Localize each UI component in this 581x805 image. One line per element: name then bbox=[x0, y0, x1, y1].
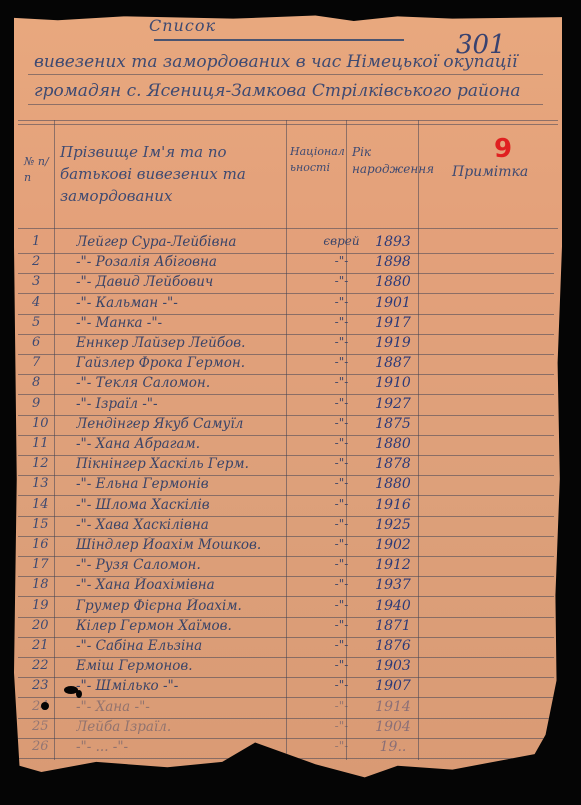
row-birth-year: 1880 bbox=[362, 476, 424, 492]
row-number: 8 bbox=[32, 375, 58, 390]
header-name: Прізвище Ім'я та по батькові вивезених т… bbox=[60, 142, 282, 207]
heading-line-1: вивезених та замордованих в час Німецько… bbox=[34, 52, 518, 72]
row-birth-year: 1880 bbox=[362, 436, 424, 452]
table-row: 26-"- ... -"--"-19.. bbox=[14, 739, 562, 763]
row-nationality: -"- bbox=[314, 416, 369, 430]
row-birth-year: 1910 bbox=[362, 375, 424, 391]
row-number: 15 bbox=[32, 517, 58, 532]
row-number: 18 bbox=[32, 577, 58, 592]
header-year: Рік народження bbox=[352, 144, 414, 179]
row-number: 4 bbox=[32, 295, 58, 310]
row-name: -"- Хана -"- bbox=[76, 699, 301, 715]
row-nationality: -"- bbox=[314, 254, 369, 268]
row-number: 1 bbox=[32, 234, 58, 249]
row-name: Шіндлер Йоахім Мошков. bbox=[76, 537, 301, 553]
header-notes: Примітка bbox=[452, 162, 552, 182]
row-birth-year: 1914 bbox=[362, 699, 424, 715]
row-nationality: -"- bbox=[314, 436, 369, 450]
row-birth-year: 1937 bbox=[362, 577, 424, 593]
row-birth-year: 1903 bbox=[362, 658, 424, 674]
row-nationality: -"- bbox=[314, 396, 369, 410]
row-name: Еміш Гермонов. bbox=[76, 658, 301, 674]
row-number: 14 bbox=[32, 497, 58, 512]
row-birth-year: 1904 bbox=[362, 719, 424, 735]
row-name: -"- Манка -"- bbox=[76, 315, 301, 331]
row-nationality: -"- bbox=[314, 315, 369, 329]
row-name: -"- Ізраїл -"- bbox=[76, 396, 301, 412]
row-name: Еннкер Лайзер Лейбов. bbox=[76, 335, 301, 351]
row-nationality: -"- bbox=[314, 375, 369, 389]
row-birth-year: 1916 bbox=[362, 497, 424, 513]
paper-hole bbox=[76, 690, 82, 698]
row-nationality: -"- bbox=[314, 476, 369, 490]
row-birth-year: 1887 bbox=[362, 355, 424, 371]
row-number: 25 bbox=[32, 719, 58, 734]
title-underline bbox=[154, 39, 404, 41]
row-number: 3 bbox=[32, 274, 58, 289]
row-birth-year: 1912 bbox=[362, 557, 424, 573]
heading-rule bbox=[28, 74, 543, 75]
row-number: 21 bbox=[32, 638, 58, 653]
row-number: 22 bbox=[32, 658, 58, 673]
row-name: -"- Давид Лейбович bbox=[76, 274, 301, 290]
row-number: 6 bbox=[32, 335, 58, 350]
heading-line-2: громадян с. Ясениця-Замкова Стрілківсько… bbox=[34, 81, 521, 101]
table-top-rule bbox=[18, 124, 558, 125]
row-name: -"- Рузя Саломон. bbox=[76, 557, 301, 573]
row-number: 19 bbox=[32, 598, 58, 613]
row-birth-year: 1907 bbox=[362, 678, 424, 694]
row-name: -"- Текля Саломон. bbox=[76, 375, 301, 391]
row-nationality: -"- bbox=[314, 739, 369, 753]
row-nationality: -"- bbox=[314, 598, 369, 612]
row-name: -"- Ельна Гермонів bbox=[76, 476, 301, 492]
row-birth-year: 1893 bbox=[362, 234, 424, 250]
header-bottom-rule bbox=[18, 228, 558, 229]
row-name: -"- Кальман -"- bbox=[76, 295, 301, 311]
row-nationality: -"- bbox=[314, 355, 369, 369]
row-number: 26 bbox=[32, 739, 58, 754]
row-number: 2 bbox=[32, 254, 58, 269]
row-birth-year: 1919 bbox=[362, 335, 424, 351]
row-nationality: -"- bbox=[314, 335, 369, 349]
heading-rule bbox=[28, 104, 543, 105]
row-nationality: -"- bbox=[314, 577, 369, 591]
row-name: -"- Хана Абрагам. bbox=[76, 436, 301, 452]
row-name: -"- ... -"- bbox=[76, 739, 301, 755]
row-number: 13 bbox=[32, 476, 58, 491]
row-number: 11 bbox=[32, 436, 58, 451]
row-number: 23 bbox=[32, 678, 58, 693]
row-name: Грумер Фієрна Йоахім. bbox=[76, 598, 301, 614]
row-birth-year: 1927 bbox=[362, 396, 424, 412]
row-nationality: -"- bbox=[314, 618, 369, 632]
row-birth-year: 1875 bbox=[362, 416, 424, 432]
row-birth-year: 1901 bbox=[362, 295, 424, 311]
row-nationality: -"- bbox=[314, 638, 369, 652]
document-page: Список 301 вивезених та замордованих в ч… bbox=[14, 14, 562, 789]
row-name: Пікнінгер Хаскіль Герм. bbox=[76, 456, 301, 472]
row-birth-year: 1876 bbox=[362, 638, 424, 654]
row-name: -"- Шлома Хаскілів bbox=[76, 497, 301, 513]
page-mark: 9 bbox=[494, 134, 512, 164]
row-number: 5 bbox=[32, 315, 58, 330]
row-name: Лейба Ізраїл. bbox=[76, 719, 301, 735]
row-number: 12 bbox=[32, 456, 58, 471]
header-num: № п/п bbox=[24, 154, 52, 186]
row-name: Гайзлер Фрока Гермон. bbox=[76, 355, 301, 371]
row-nationality: -"- bbox=[314, 497, 369, 511]
row-nationality: -"- bbox=[314, 517, 369, 531]
row-birth-year: 1902 bbox=[362, 537, 424, 553]
paper-hole bbox=[41, 702, 49, 710]
row-number: 17 bbox=[32, 557, 58, 572]
row-name: -"- Розалія Абіговна bbox=[76, 254, 301, 270]
row-rule bbox=[18, 758, 554, 759]
row-birth-year: 1917 bbox=[362, 315, 424, 331]
row-name: -"- Хава Хаскілівна bbox=[76, 517, 301, 533]
row-name: -"- Шмілько -"- bbox=[76, 678, 301, 694]
table-top-rule bbox=[18, 120, 558, 121]
row-number: 10 bbox=[32, 416, 58, 431]
row-nationality: -"- bbox=[314, 456, 369, 470]
row-name: -"- Хана Йоахімівна bbox=[76, 577, 301, 593]
row-nationality: -"- bbox=[314, 699, 369, 713]
row-birth-year: 1898 bbox=[362, 254, 424, 270]
row-nationality: -"- bbox=[314, 557, 369, 571]
row-birth-year: 1871 bbox=[362, 618, 424, 634]
row-birth-year: 19.. bbox=[362, 739, 424, 755]
row-nationality: -"- bbox=[314, 274, 369, 288]
row-nationality: -"- bbox=[314, 295, 369, 309]
row-number: 9 bbox=[32, 396, 58, 411]
row-number: 20 bbox=[32, 618, 58, 633]
row-nationality: єврей bbox=[314, 234, 369, 248]
row-nationality: -"- bbox=[314, 719, 369, 733]
row-nationality: -"- bbox=[314, 678, 369, 692]
row-name: -"- Сабіна Ельзіна bbox=[76, 638, 301, 654]
row-nationality: -"- bbox=[314, 537, 369, 551]
row-name: Лейгер Сура-Лейбівна bbox=[76, 234, 301, 250]
header-nationality: Національності bbox=[290, 144, 346, 176]
row-birth-year: 1878 bbox=[362, 456, 424, 472]
row-name: Кілер Гермон Хаїмов. bbox=[76, 618, 301, 634]
row-birth-year: 1925 bbox=[362, 517, 424, 533]
row-birth-year: 1880 bbox=[362, 274, 424, 290]
row-number: 7 bbox=[32, 355, 58, 370]
row-birth-year: 1940 bbox=[362, 598, 424, 614]
document-title: Список bbox=[149, 16, 216, 35]
row-nationality: -"- bbox=[314, 658, 369, 672]
row-number: 16 bbox=[32, 537, 58, 552]
row-name: Лендінгер Якуб Самуїл bbox=[76, 416, 301, 432]
